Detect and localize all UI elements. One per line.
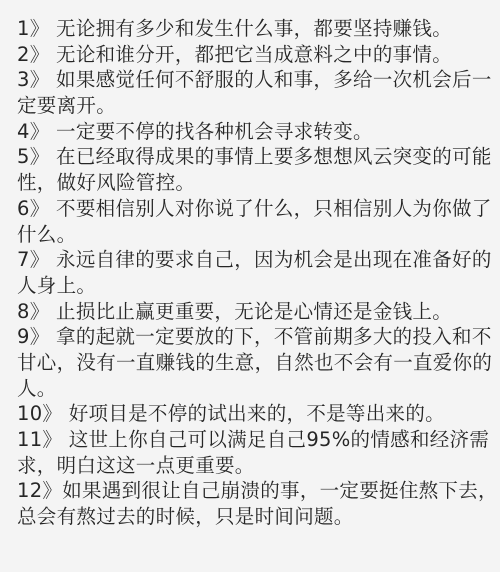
list-item-2: 2》 无论和谁分开，都把它当成意料之中的事情。 bbox=[17, 42, 487, 68]
item-number: 8》 bbox=[17, 300, 50, 323]
item-number: 7》 bbox=[17, 248, 50, 271]
list-item-12: 12》如果遇到很让自己崩溃的事，一定要挺住熬下去， bbox=[17, 478, 487, 504]
list-item-10: 10》 好项目是不停的试出来的，不是等出来的。 bbox=[17, 401, 487, 427]
item-text: 如果感觉任何不舒服的人和事，多给一次机会后一 bbox=[50, 68, 492, 91]
item-text: 拿的起就一定要放的下，不管前期多大的投入和不 bbox=[50, 325, 492, 348]
item-text: 一定要不停的找各种机会寻求转变。 bbox=[50, 120, 373, 143]
item-text: 不要相信别人对你说了什么，只相信别人为你做了 bbox=[50, 197, 492, 220]
item-number: 9》 bbox=[17, 325, 50, 348]
list-item-9-continuation: 甘心，没有一直赚钱的生意，自然也不会有一直爱你的 bbox=[17, 350, 487, 376]
list-item-11: 11》 这世上你自己可以满足自己95%的情感和经济需 bbox=[17, 427, 487, 453]
item-text: 无论和谁分开，都把它当成意料之中的事情。 bbox=[50, 43, 453, 66]
numbered-list-document: 1》 无论拥有多少和发生什么事，都要坚持赚钱。 2》 无论和谁分开，都把它当成意… bbox=[17, 16, 487, 530]
list-item-9-continuation-2: 人。 bbox=[17, 376, 487, 402]
list-item-5: 5》 在已经取得成果的事情上要多想想风云突变的可能 bbox=[17, 144, 487, 170]
item-text: 止损比止赢更重要，无论是心情还是金钱上。 bbox=[50, 300, 453, 323]
list-item-12-continuation: 总会有熬过去的时候，只是时间问题。 bbox=[17, 504, 487, 530]
item-text: 无论拥有多少和发生什么事，都要坚持赚钱。 bbox=[50, 17, 453, 40]
list-item-6: 6》 不要相信别人对你说了什么，只相信别人为你做了 bbox=[17, 196, 487, 222]
list-item-9: 9》 拿的起就一定要放的下，不管前期多大的投入和不 bbox=[17, 324, 487, 350]
item-text: 永远自律的要求自己，因为机会是出现在准备好的 bbox=[50, 248, 492, 271]
item-number: 12》 bbox=[17, 479, 62, 502]
list-item-8: 8》 止损比止赢更重要，无论是心情还是金钱上。 bbox=[17, 299, 487, 325]
item-number: 4》 bbox=[17, 120, 50, 143]
item-text: 在已经取得成果的事情上要多想想风云突变的可能 bbox=[50, 145, 492, 168]
item-number: 3》 bbox=[17, 68, 50, 91]
item-text: 这世上你自己可以满足自己95%的情感和经济需 bbox=[62, 428, 489, 451]
list-item-3-continuation: 定要离开。 bbox=[17, 93, 487, 119]
list-item-7: 7》 永远自律的要求自己，因为机会是出现在准备好的 bbox=[17, 247, 487, 273]
list-item-5-continuation: 性，做好风险管控。 bbox=[17, 170, 487, 196]
item-text: 好项目是不停的试出来的，不是等出来的。 bbox=[62, 402, 445, 425]
list-item-7-continuation: 人身上。 bbox=[17, 273, 487, 299]
list-item-4: 4》 一定要不停的找各种机会寻求转变。 bbox=[17, 119, 487, 145]
item-number: 1》 bbox=[17, 17, 50, 40]
list-item-1: 1》 无论拥有多少和发生什么事，都要坚持赚钱。 bbox=[17, 16, 487, 42]
item-number: 11》 bbox=[17, 428, 62, 451]
item-number: 10》 bbox=[17, 402, 62, 425]
item-number: 5》 bbox=[17, 145, 50, 168]
list-item-3: 3》 如果感觉任何不舒服的人和事，多给一次机会后一 bbox=[17, 67, 487, 93]
item-number: 2》 bbox=[17, 43, 50, 66]
item-number: 6》 bbox=[17, 197, 50, 220]
list-item-11-continuation: 求，明白这这一点更重要。 bbox=[17, 453, 487, 479]
list-item-6-continuation: 什么。 bbox=[17, 222, 487, 248]
item-text: 如果遇到很让自己崩溃的事，一定要挺住熬下去， bbox=[62, 479, 498, 502]
